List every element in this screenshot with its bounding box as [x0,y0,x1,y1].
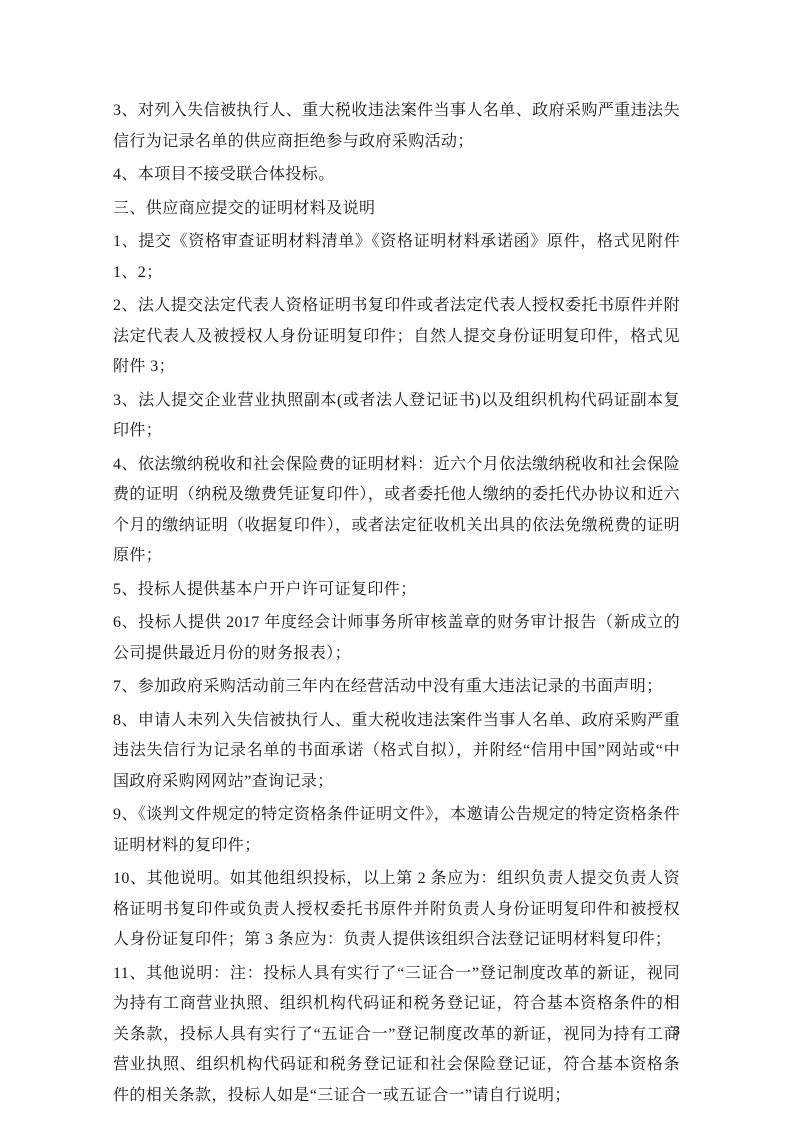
document-page: 3、对列入失信被执行人、重大税收违法案件当事人名单、政府采购严重违法失信行为记录… [0,0,793,1122]
paragraph-material-10: 10、其他说明。如其他组织投标，以上第 2 条应为：组织负责人提交负责人资格证明… [113,864,680,956]
paragraph-material-7: 7、参加政府采购活动前三年内在经营活动中没有重大违法记录的书面声明； [113,672,680,703]
paragraph-item-4-no-consortium: 4、本项目不接受联合体投标。 [113,160,680,191]
paragraph-material-9: 9、《谈判文件规定的特定资格条件证明文件》，本邀请公告规定的特定资格条件证明材料… [113,800,680,861]
paragraph-material-2: 2、法人提交法定代表人资格证明书复印件或者法定代表人授权委托书原件并附法定代表人… [113,291,680,383]
section-heading-materials: 三、供应商应提交的证明材料及说明 [113,194,680,225]
page-number: 3 [673,1024,680,1039]
paragraph-material-3: 3、法人提交企业营业执照副本(或者法人登记证书)以及组织机构代码证副本复印件； [113,386,680,447]
page-footer: 3 [0,1024,680,1040]
paragraph-item-3-blacklist: 3、对列入失信被执行人、重大税收违法案件当事人名单、政府采购严重违法失信行为记录… [113,96,680,157]
paragraph-material-1: 1、提交《资格审查证明材料清单》《资格证明材料承诺函》原件，格式见附件 1、2； [113,227,680,288]
paragraph-material-4: 4、依法缴纳税收和社会保险费的证明材料：近六个月依法缴纳税收和社会保险费的证明（… [113,450,680,572]
paragraph-material-5: 5、投标人提供基本户开户许可证复印件； [113,575,680,606]
paragraph-material-6: 6、投标人提供 2017 年度经会计师事务所审核盖章的财务审计报告（新成立的公司… [113,608,680,669]
document-body: 3、对列入失信被执行人、重大税收违法案件当事人名单、政府采购严重违法失信行为记录… [113,96,680,1114]
paragraph-material-8: 8、申请人未列入失信被执行人、重大税收违法案件当事人名单、政府采购严重违法失信行… [113,706,680,798]
